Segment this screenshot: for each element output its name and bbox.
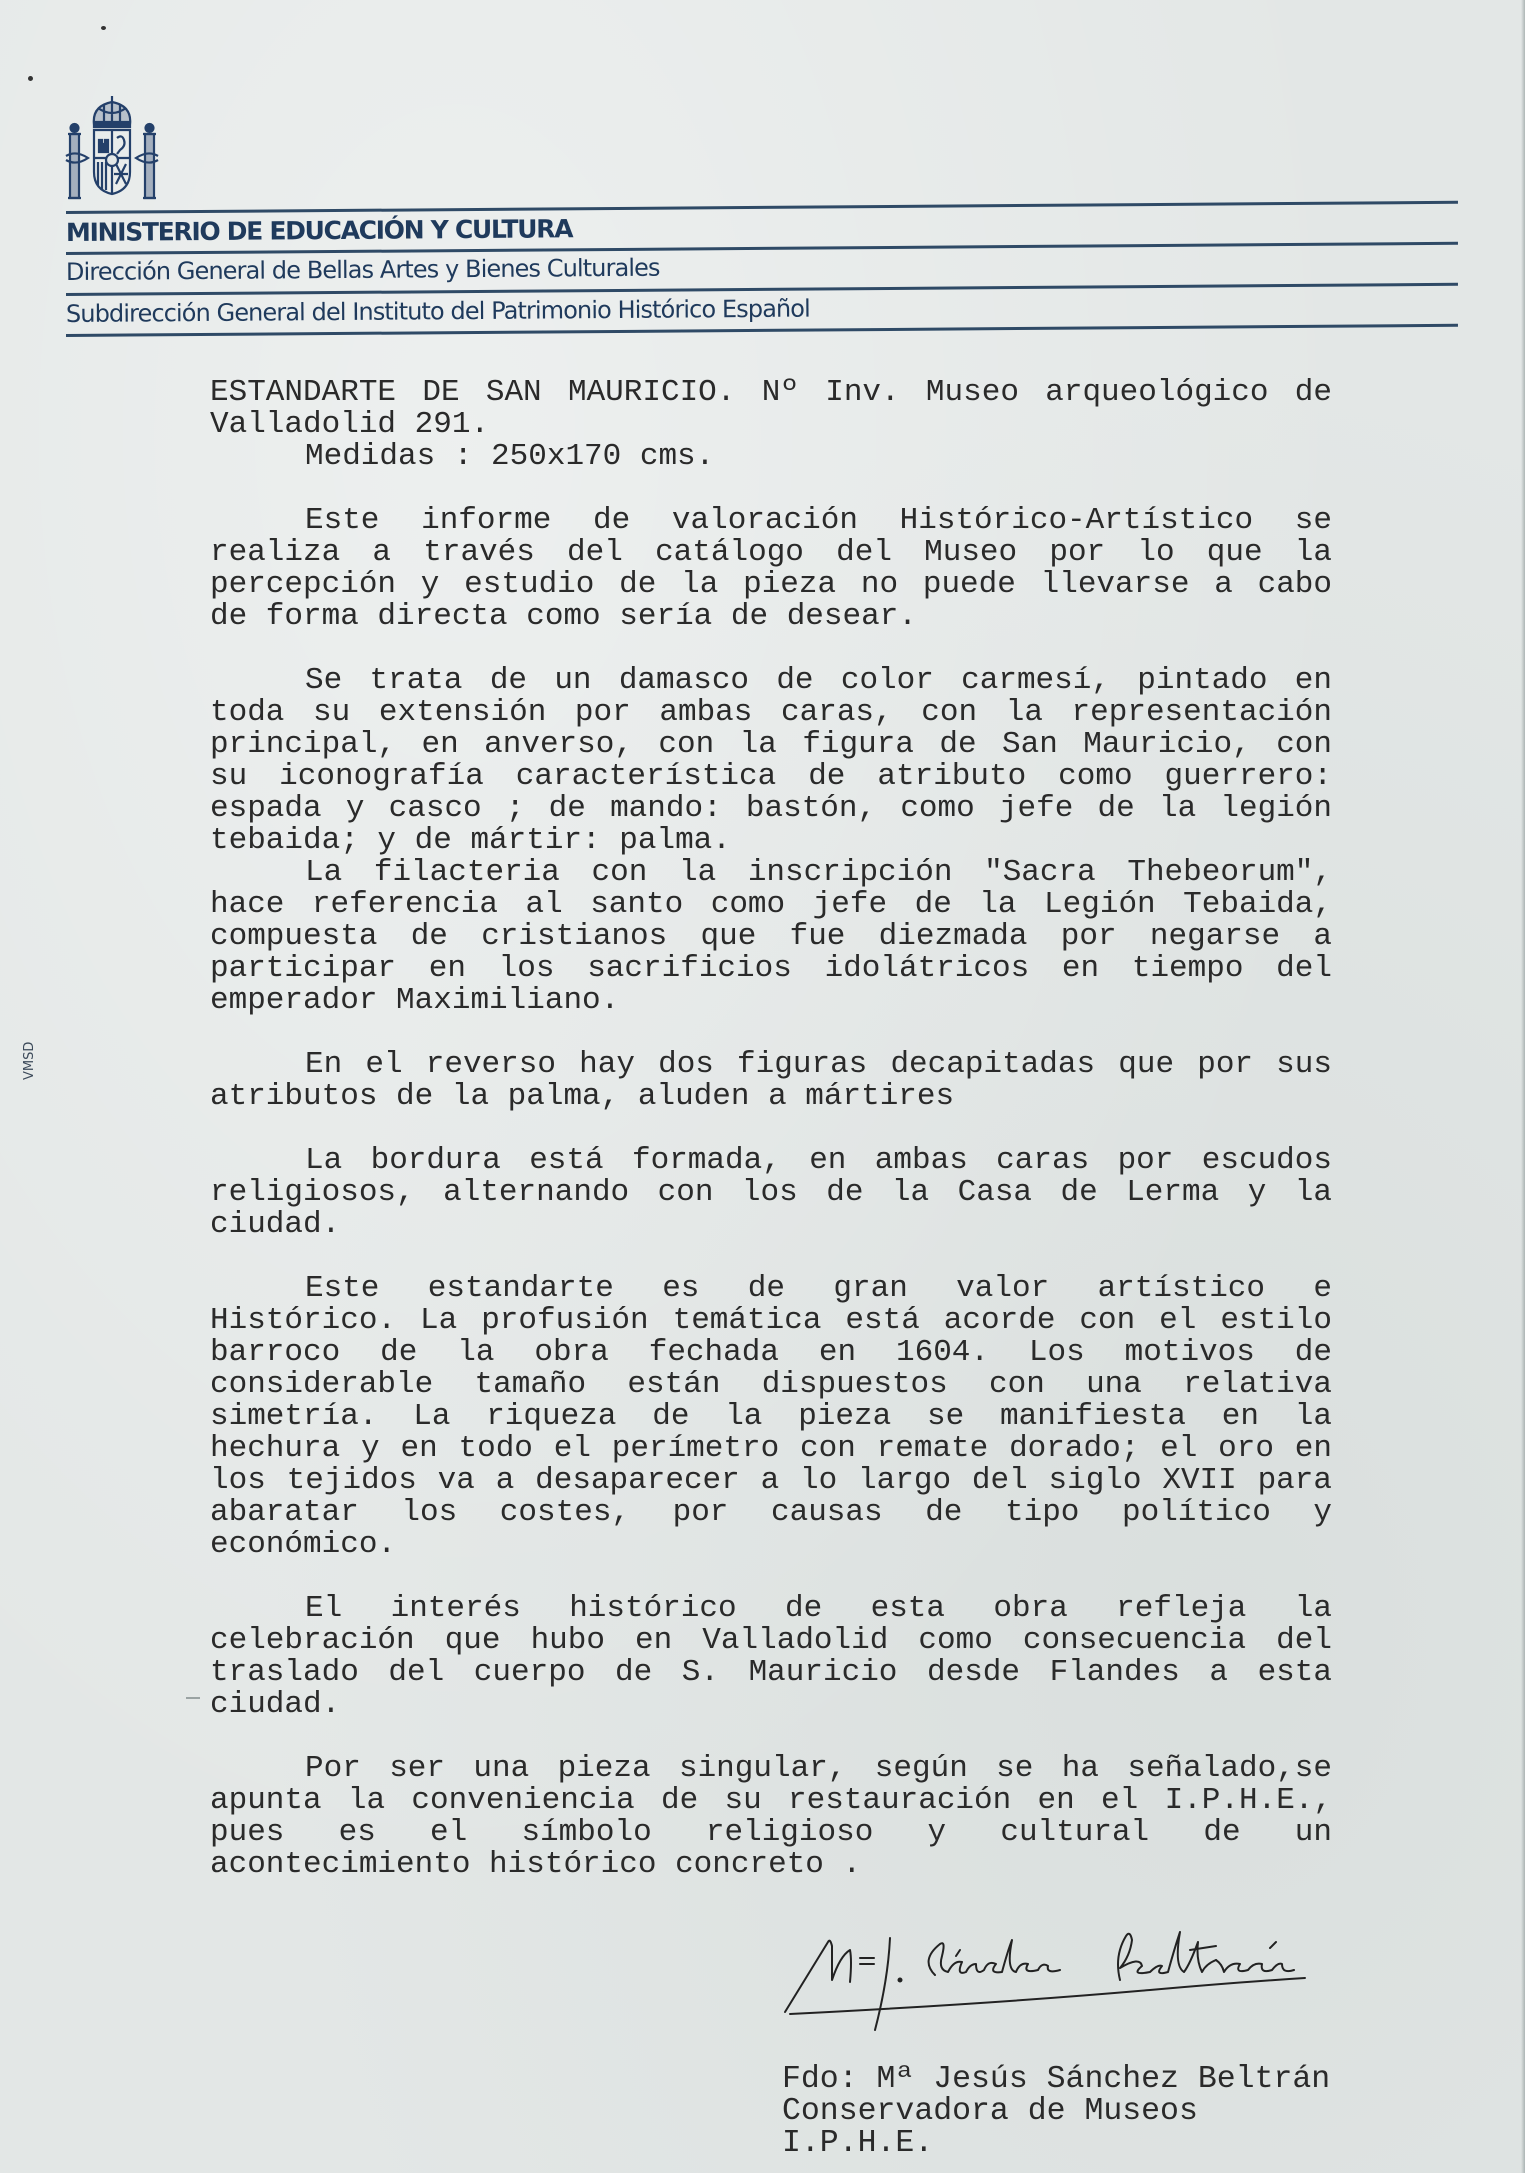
text-line: Este informe de valoración Histórico-Art… — [210, 505, 1332, 537]
paragraph: La filacteria con la inscripción "Sacra … — [210, 857, 1332, 1017]
signed-by: Fdo: Mª Jesús Sánchez Beltrán — [782, 2064, 1330, 2096]
paragraph: El interés histórico de esta obra reflej… — [210, 1593, 1332, 1721]
paragraph: Medidas : 250x170 cms. — [210, 441, 1332, 473]
text-line: abaratar los costes, por causas de tipo … — [210, 1497, 1332, 1529]
blank-line — [210, 1241, 1332, 1273]
text-line: realiza a través del catálogo del Museo … — [210, 537, 1332, 569]
text-line: ESTANDARTE DE SAN MAURICIO. Nº Inv. Muse… — [210, 377, 1332, 409]
paragraph: Se trata de un damasco de color carmesí,… — [210, 665, 1332, 857]
scan-speck — [101, 26, 106, 30]
signer-title: Conservadora de Museos — [782, 2096, 1330, 2128]
text-line: Se trata de un damasco de color carmesí,… — [210, 665, 1332, 697]
ministry-name: MINISTERIO DE EDUCACIÓN Y CULTURA — [66, 214, 572, 247]
blank-line — [210, 1721, 1332, 1753]
scan-speck — [28, 76, 33, 81]
blank-line — [210, 1113, 1332, 1145]
paragraph: La bordura está formada, en ambas caras … — [210, 1145, 1332, 1241]
page-edge — [1521, 0, 1525, 2173]
text-line: traslado del cuerpo de S. Mauricio desde… — [210, 1657, 1332, 1689]
text-line: atributos de la palma, aluden a mártires — [210, 1081, 1332, 1113]
paragraph: Por ser una pieza singular, según se ha … — [210, 1753, 1332, 1881]
text-line: Este estandarte es de gran valor artísti… — [210, 1273, 1332, 1305]
text-line: acontecimiento histórico concreto . — [210, 1849, 1332, 1881]
text-line: hechura y en todo el perímetro con remat… — [210, 1433, 1332, 1465]
text-line: religiosos, alternando con los de la Cas… — [210, 1177, 1332, 1209]
text-line: La filacteria con la inscripción "Sacra … — [210, 857, 1332, 889]
direccion-general: Dirección General de Bellas Artes y Bien… — [66, 254, 660, 286]
text-line: ciudad. — [210, 1689, 1332, 1721]
text-line: espada y casco ; de mando: bastón, como … — [210, 793, 1332, 825]
signature-block: Fdo: Mª Jesús Sánchez Beltrán Conservado… — [782, 2064, 1330, 2160]
handwritten-signature — [770, 1920, 1330, 2050]
text-line: emperador Maximiliano. — [210, 985, 1332, 1017]
text-line: percepción y estudio de la pieza no pued… — [210, 569, 1332, 601]
text-line: participar en los sacrificios idolátrico… — [210, 953, 1332, 985]
report-body: ESTANDARTE DE SAN MAURICIO. Nº Inv. Muse… — [210, 377, 1332, 1881]
letterhead-rule — [66, 201, 1458, 214]
text-line: El interés histórico de esta obra reflej… — [210, 1593, 1332, 1625]
text-line: considerable tamaño están dispuestos con… — [210, 1369, 1332, 1401]
text-line: los tejidos va a desaparecer a lo largo … — [210, 1465, 1332, 1497]
blank-line — [210, 1561, 1332, 1593]
paragraph: Este informe de valoración Histórico-Art… — [210, 505, 1332, 633]
text-line: simetría. La riqueza de la pieza se mani… — [210, 1401, 1332, 1433]
text-line: Por ser una pieza singular, según se ha … — [210, 1753, 1332, 1785]
text-line: Valladolid 291. — [210, 409, 1332, 441]
paragraph: ESTANDARTE DE SAN MAURICIO. Nº Inv. Muse… — [210, 377, 1332, 441]
paragraph: En el reverso hay dos figuras decapitada… — [210, 1049, 1332, 1113]
text-line: toda su extensión por ambas caras, con l… — [210, 697, 1332, 729]
paragraph: Este estandarte es de gran valor artísti… — [210, 1273, 1332, 1561]
text-line: tebaida; y de mártir: palma. — [210, 825, 1332, 857]
text-line: de forma directa como sería de desear. — [210, 601, 1332, 633]
spain-coat-of-arms-icon — [62, 94, 162, 204]
text-line: pues es el símbolo religioso y cultural … — [210, 1817, 1332, 1849]
text-line: Medidas : 250x170 cms. — [210, 441, 1332, 473]
text-line: hace referencia al santo como jefe de la… — [210, 889, 1332, 921]
text-line: compuesta de cristianos que fue diezmada… — [210, 921, 1332, 953]
side-margin-code: VMSD — [22, 1042, 37, 1080]
text-line: económico. — [210, 1529, 1332, 1561]
text-line: su iconografía característica de atribut… — [210, 761, 1332, 793]
text-line: celebración que hubo en Valladolid como … — [210, 1625, 1332, 1657]
text-line: apunta la conveniencia de su restauració… — [210, 1785, 1332, 1817]
blank-line — [210, 473, 1332, 505]
text-line: En el reverso hay dos figuras decapitada… — [210, 1049, 1332, 1081]
text-line: ciudad. — [210, 1209, 1332, 1241]
text-line: principal, en anverso, con la figura de … — [210, 729, 1332, 761]
blank-line — [210, 1017, 1332, 1049]
text-line: Histórico. La profusión temática está ac… — [210, 1305, 1332, 1337]
signer-institution: I.P.H.E. — [782, 2128, 1330, 2160]
subdireccion-general: Subdirección General del Instituto del P… — [66, 295, 810, 328]
text-line: barroco de la obra fechada en 1604. Los … — [210, 1337, 1332, 1369]
text-line: La bordura está formada, en ambas caras … — [210, 1145, 1332, 1177]
blank-line — [210, 633, 1332, 665]
scan-mark — [186, 1697, 200, 1699]
